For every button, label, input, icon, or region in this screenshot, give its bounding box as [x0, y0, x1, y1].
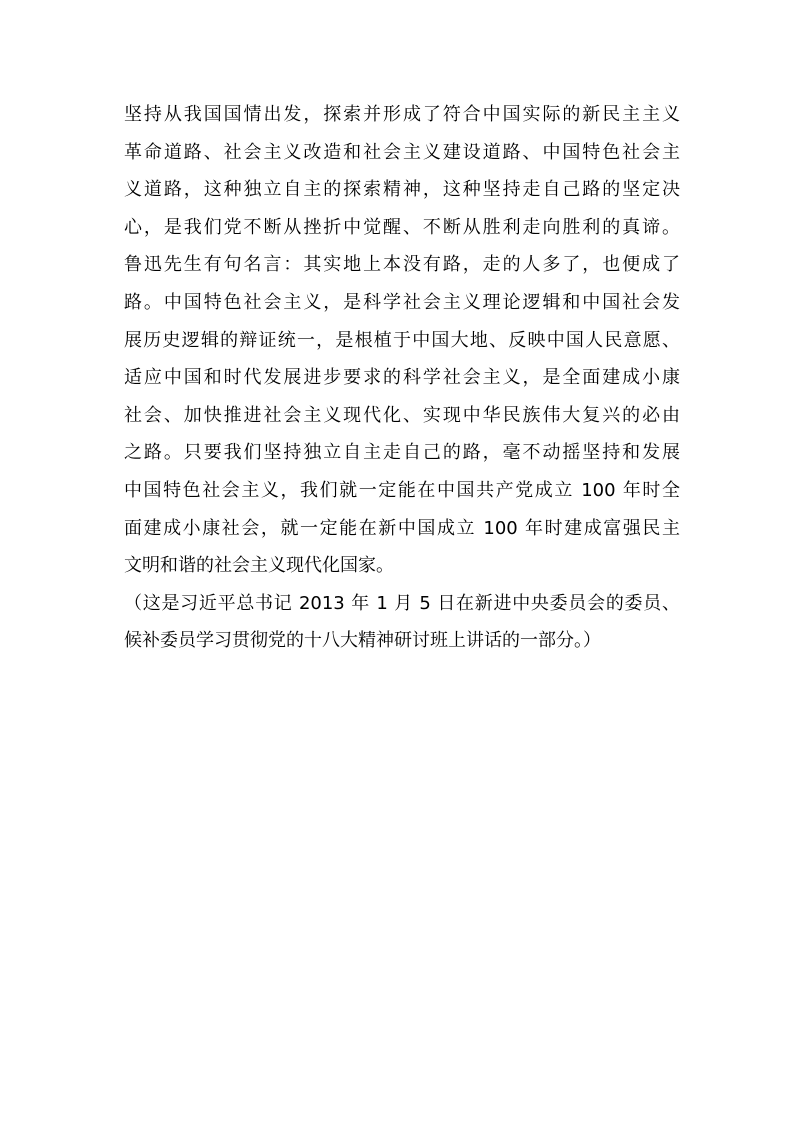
- text-line: 展历史逻辑的辩证统一，是根植于中国大地、反映中国人民意愿、: [124, 322, 680, 360]
- document-page: 坚持从我国国情出发，探索并形成了符合中国实际的新民主主义 革命道路、社会主义改造…: [0, 0, 793, 1122]
- text-line: 革命道路、社会主义改造和社会主义建设道路、中国特色社会主: [124, 134, 680, 172]
- text-line: 文明和谐的社会主义现代化国家。: [124, 547, 680, 585]
- text-line: 之路。只要我们坚持独立自主走自己的路，毫不动摇坚持和发展: [124, 434, 680, 472]
- text-line: 路。中国特色社会主义，是科学社会主义理论逻辑和中国社会发: [124, 284, 680, 322]
- text-line: 心，是我们党不断从挫折中觉醒、不断从胜利走向胜利的真谛。: [124, 209, 680, 247]
- text-line: （这是习近平总书记 2013 年 1 月 5 日在新进中央委员会的委员、: [124, 585, 680, 623]
- text-line: 坚持从我国国情出发，探索并形成了符合中国实际的新民主主义: [124, 96, 680, 134]
- text-line: 社会、加快推进社会主义现代化、实现中华民族伟大复兴的必由: [124, 397, 680, 435]
- document-text-block: 坚持从我国国情出发，探索并形成了符合中国实际的新民主主义 革命道路、社会主义改造…: [124, 96, 680, 660]
- text-line: 鲁迅先生有句名言：其实地上本没有路，走的人多了，也便成了: [124, 246, 680, 284]
- paragraph-body: 坚持从我国国情出发，探索并形成了符合中国实际的新民主主义 革命道路、社会主义改造…: [124, 96, 680, 585]
- text-line: 义道路，这种独立自主的探索精神，这种坚持走自己路的坚定决: [124, 171, 680, 209]
- paragraph-attribution: （这是习近平总书记 2013 年 1 月 5 日在新进中央委员会的委员、 候补委…: [124, 585, 680, 660]
- text-line: 中国特色社会主义，我们就一定能在中国共产党成立 100 年时全: [124, 472, 680, 510]
- text-line: 候补委员学习贯彻党的十八大精神研讨班上讲话的一部分。）: [124, 622, 680, 660]
- text-line: 适应中国和时代发展进步要求的科学社会主义，是全面建成小康: [124, 359, 680, 397]
- text-line: 面建成小康社会，就一定能在新中国成立 100 年时建成富强民主: [124, 510, 680, 548]
